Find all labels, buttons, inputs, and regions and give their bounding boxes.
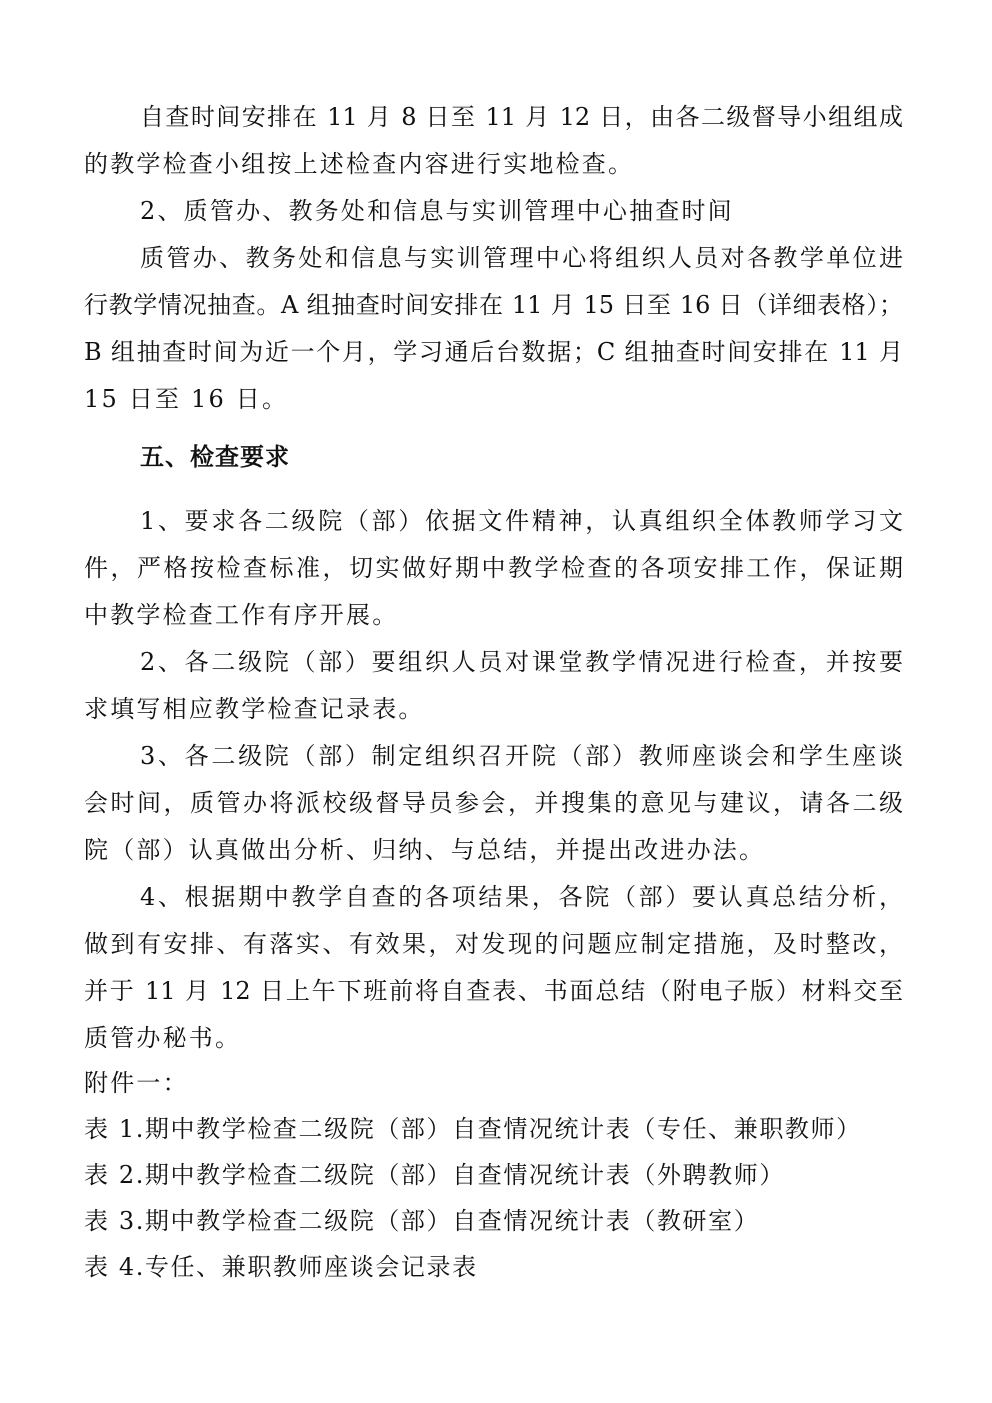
text-line: 行教学情况抽查。A 组抽查时间安排在 11 月 15 日至 16 日（详细表格）… — [84, 288, 903, 322]
text-line: 做到有安排、有落实、有效果，对发现的问题应制定措施，及时整改， — [84, 927, 903, 961]
text-line: 3、各二级院（部）制定组织召开院（部）教师座谈会和学生座谈 — [140, 739, 903, 773]
text-line: 中教学检查工作有序开展。 — [84, 598, 903, 632]
text-line: 的教学检查小组按上述检查内容进行实地检查。 — [84, 147, 903, 181]
attachment-item: 表 1.期中教学检查二级院（部）自查情况统计表（专任、兼职教师） — [84, 1112, 903, 1146]
text-line: 自查时间安排在 11 月 8 日至 11 月 12 日，由各二级督导小组组成 — [140, 100, 903, 134]
text-line: 2、各二级院（部）要组织人员对课堂教学情况进行检查，并按要 — [140, 645, 903, 679]
text-line: 质管办秘书。 — [84, 1021, 903, 1055]
text-line: 求填写相应教学检查记录表。 — [84, 692, 903, 726]
attachment-item: 表 3.期中教学检查二级院（部）自查情况统计表（教研室） — [84, 1204, 903, 1238]
text-line: 1、要求各二级院（部）依据文件精神，认真组织全体教师学习文 — [140, 504, 903, 538]
text-line: 并于 11 月 12 日上午下班前将自查表、书面总结（附电子版）材料交至 — [84, 974, 903, 1008]
text-line: 院（部）认真做出分析、归纳、与总结，并提出改进办法。 — [84, 833, 903, 867]
section-heading-requirements: 五、检查要求 — [140, 440, 903, 474]
item-2-title: 2、质管办、教务处和信息与实训管理中心抽查时间 — [140, 194, 903, 228]
text-line: 15 日至 16 日。 — [84, 382, 903, 416]
text-line: 质管办、教务处和信息与实训管理中心将组织人员对各教学单位进 — [140, 241, 903, 275]
text-line: 会时间，质管办将派校级督导员参会，并搜集的意见与建议，请各二级 — [84, 786, 903, 820]
attachment-item: 表 2.期中教学检查二级院（部）自查情况统计表（外聘教师） — [84, 1158, 903, 1192]
text-line: 4、根据期中教学自查的各项结果，各院（部）要认真总结分析， — [140, 880, 903, 914]
text-line: B 组抽查时间为近一个月，学习通后台数据；C 组抽查时间安排在 11 月 — [84, 335, 903, 369]
attachment-item: 表 4.专任、兼职教师座谈会记录表 — [84, 1250, 903, 1284]
text-line: 件，严格按检查标准，切实做好期中教学检查的各项安排工作，保证期 — [84, 551, 903, 585]
attachment-label: 附件一： — [84, 1066, 903, 1100]
